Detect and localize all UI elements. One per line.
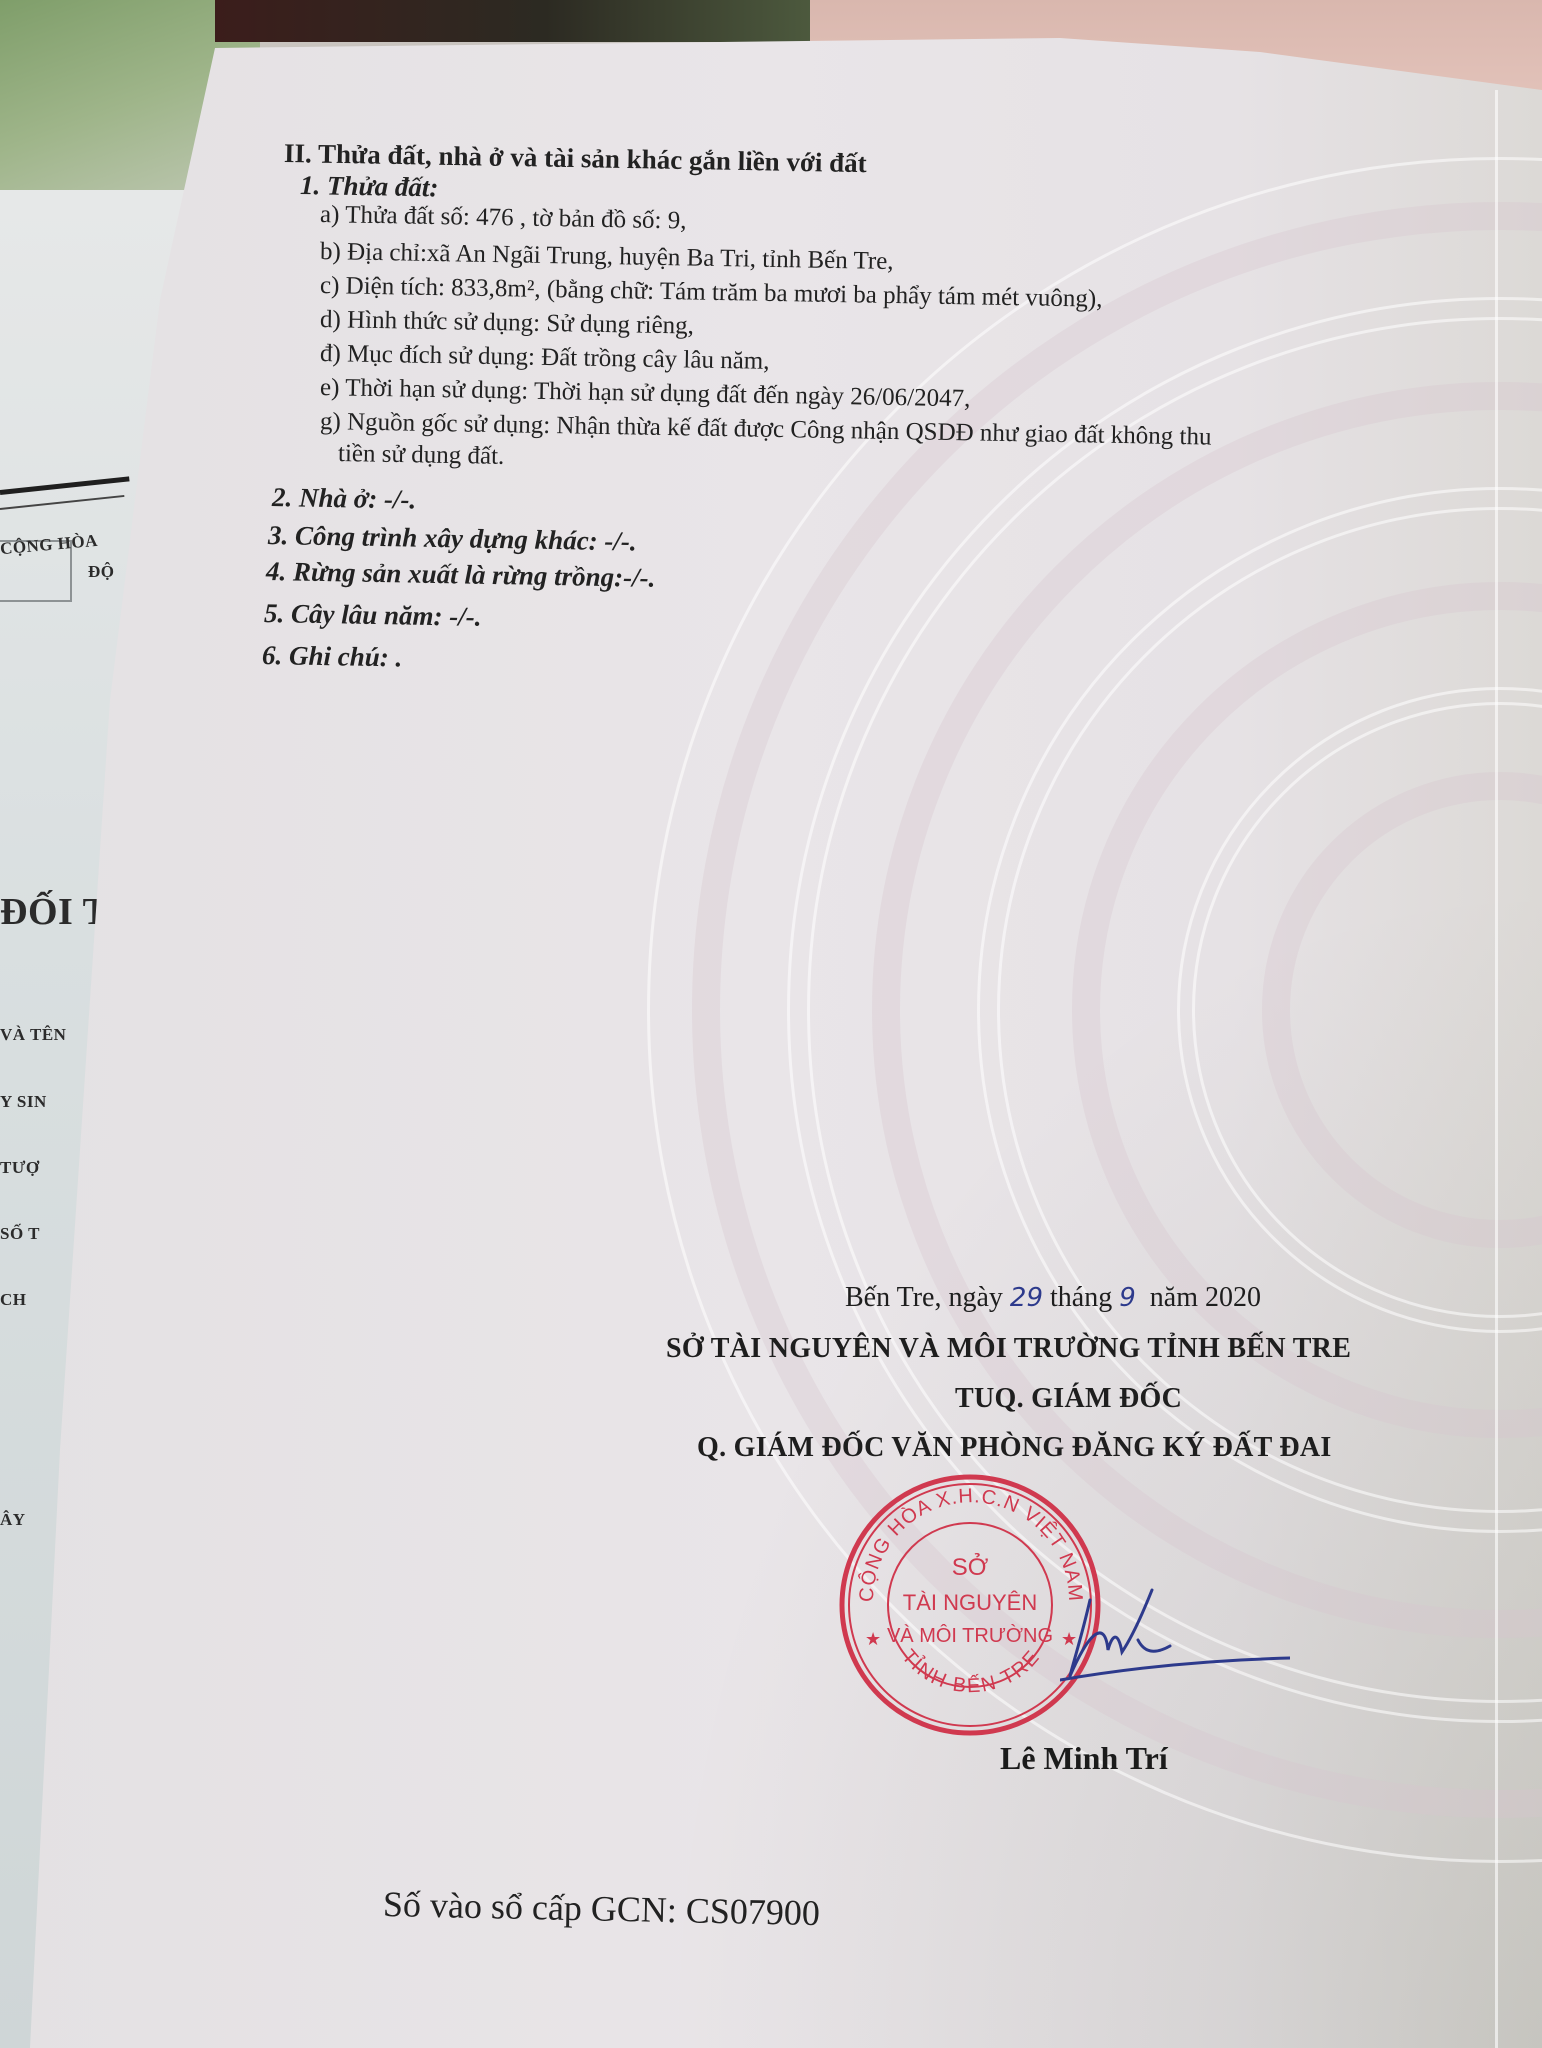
underlying-field-fragment: Y SIN xyxy=(0,1092,47,1112)
issuing-organization: SỞ TÀI NGUYÊN VÀ MÔI TRƯỜNG TỈNH BẾN TRE xyxy=(666,1333,1351,1365)
issue-year: năm 2020 xyxy=(1150,1282,1261,1313)
underlying-field-fragment: ÂY xyxy=(0,1510,26,1530)
svg-text:TÀI NGUYÊN: TÀI NGUYÊN xyxy=(903,1590,1037,1615)
parcel-number-line: a) Thửa đất số: 476 , tờ bản đồ số: 9, xyxy=(320,201,687,235)
underlying-field-fragment: VÀ TÊN xyxy=(0,1025,66,1045)
page-fold-crease xyxy=(1495,90,1498,2048)
signer-name: Lê Minh Trí xyxy=(1000,1740,1168,1777)
underlying-subheader-fragment: ĐỘ xyxy=(88,562,115,582)
underlying-field-fragment: SỐ T xyxy=(0,1224,40,1244)
usage-form-line: d) Hình thức sử dụng: Sử dụng riêng, xyxy=(320,306,694,341)
house-item: 2. Nhà ở: -/-. xyxy=(272,482,417,516)
svg-text:TỈNH BẾN TRE: TỈNH BẾN TRE xyxy=(897,1646,1045,1698)
perennial-trees-item: 5. Cây lâu năm: -/-. xyxy=(264,598,482,633)
issue-day: 29 xyxy=(1010,1283,1043,1313)
notes-item: 6. Ghi chú: . xyxy=(262,640,403,673)
usage-term-line: e) Thời hạn sử dụng: Thời hạn sử dụng đấ… xyxy=(320,374,971,413)
underlying-field-fragment: TƯỢ xyxy=(0,1158,40,1178)
svg-text:VÀ MÔI TRƯỜNG: VÀ MÔI TRƯỜNG xyxy=(887,1624,1053,1647)
handwritten-signature xyxy=(1060,1580,1290,1690)
address-line: b) Địa chỉ:xã An Ngãi Trung, huyện Ba Tr… xyxy=(320,238,894,276)
underlying-field-fragment: CH xyxy=(0,1290,27,1310)
svg-text:SỞ: SỞ xyxy=(952,1552,989,1581)
other-construction-item: 3. Công trình xây dựng khác: -/-. xyxy=(268,520,637,557)
issue-month: 9 xyxy=(1119,1283,1136,1313)
underlying-title-fragment: ĐỐI T xyxy=(0,890,108,934)
issue-date: Bến Tre, ngày 29 tháng 9 năm 2020 xyxy=(845,1282,1261,1314)
svg-text:★: ★ xyxy=(865,1629,881,1650)
underlying-rule-thin xyxy=(0,495,124,510)
underlying-rule-thick xyxy=(0,476,130,495)
origin-line-2: tiền sử dụng đất. xyxy=(338,440,505,471)
certificate-register-number: Số vào sổ cấp GCN: CS07900 xyxy=(383,1883,821,1934)
issue-date-prefix: Bến Tre, ngày xyxy=(845,1282,1003,1313)
underlying-header-fragment: CỘNG HÒA xyxy=(0,531,99,559)
background-object xyxy=(215,0,815,42)
land-parcel-heading: 1. Thửa đất: xyxy=(300,170,439,203)
certificate-page: II. Thửa đất, nhà ở và tài sản khác gắn … xyxy=(0,0,1542,2048)
issue-month-label: tháng xyxy=(1050,1282,1112,1313)
authority-line-2: Q. GIÁM ĐỐC VĂN PHÒNG ĐĂNG KÝ ĐẤT ĐAI xyxy=(697,1432,1332,1464)
production-forest-item: 4. Rừng sản xuất là rừng trồng:-/-. xyxy=(266,556,656,594)
authority-line-1: TUQ. GIÁM ĐỐC xyxy=(955,1383,1182,1415)
usage-purpose-line: đ) Mục đích sử dụng: Đất trồng cây lâu n… xyxy=(320,340,770,376)
